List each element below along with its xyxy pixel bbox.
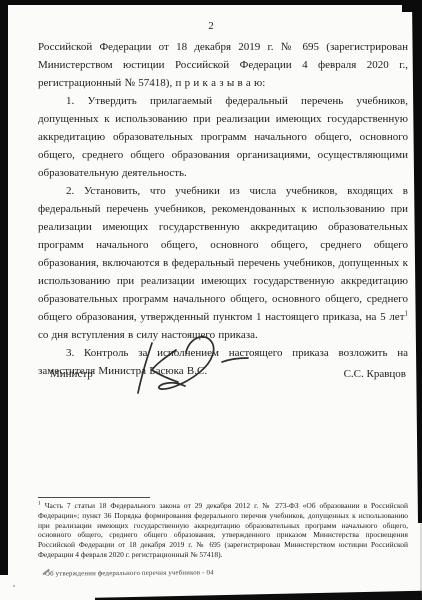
footnote-reference-marker: 1 [405,309,409,317]
footnote-body: 1 Часть 7 статьи 18 Федерального закона … [38,501,408,560]
page-number: 2 [0,20,422,32]
document-footer-label: Об утверждении федерального перечня учеб… [45,569,214,577]
scan-artifact-right-edge [412,0,422,523]
scan-artifact-bottom-edge [95,590,422,600]
minister-title: Министр [50,368,93,380]
footnote-separator [38,497,150,498]
footnote-marker: 1 [38,501,41,507]
signature-scribble [108,334,258,426]
footnote-text: Часть 7 статьи 18 Федерального закона от… [38,501,408,559]
order-body: Российской Федерации от 18 декабря 2019 … [38,38,408,380]
scan-artifact-left-edge [0,3,8,575]
scanned-document-page: 2 Российской Федерации от 18 декабря 201… [0,0,422,600]
pencil-dot [13,585,15,587]
scan-artifact-top-right-corner [402,0,422,12]
order-item-2: 2. Установить, что учебники из числа уче… [38,182,408,344]
order-item-1: 1. Утвердить прилагаемый федеральный пер… [38,92,408,182]
order-intro-paragraph: Российской Федерации от 18 декабря 2019 … [38,38,408,92]
minister-name: С.С. Кравцов [344,368,406,380]
footnote: 1 Часть 7 статьи 18 Федерального закона … [38,497,408,560]
order-item-2-text: 2. Установить, что учебники из числа уче… [38,185,408,323]
scan-artifact-top-edge [0,0,422,5]
